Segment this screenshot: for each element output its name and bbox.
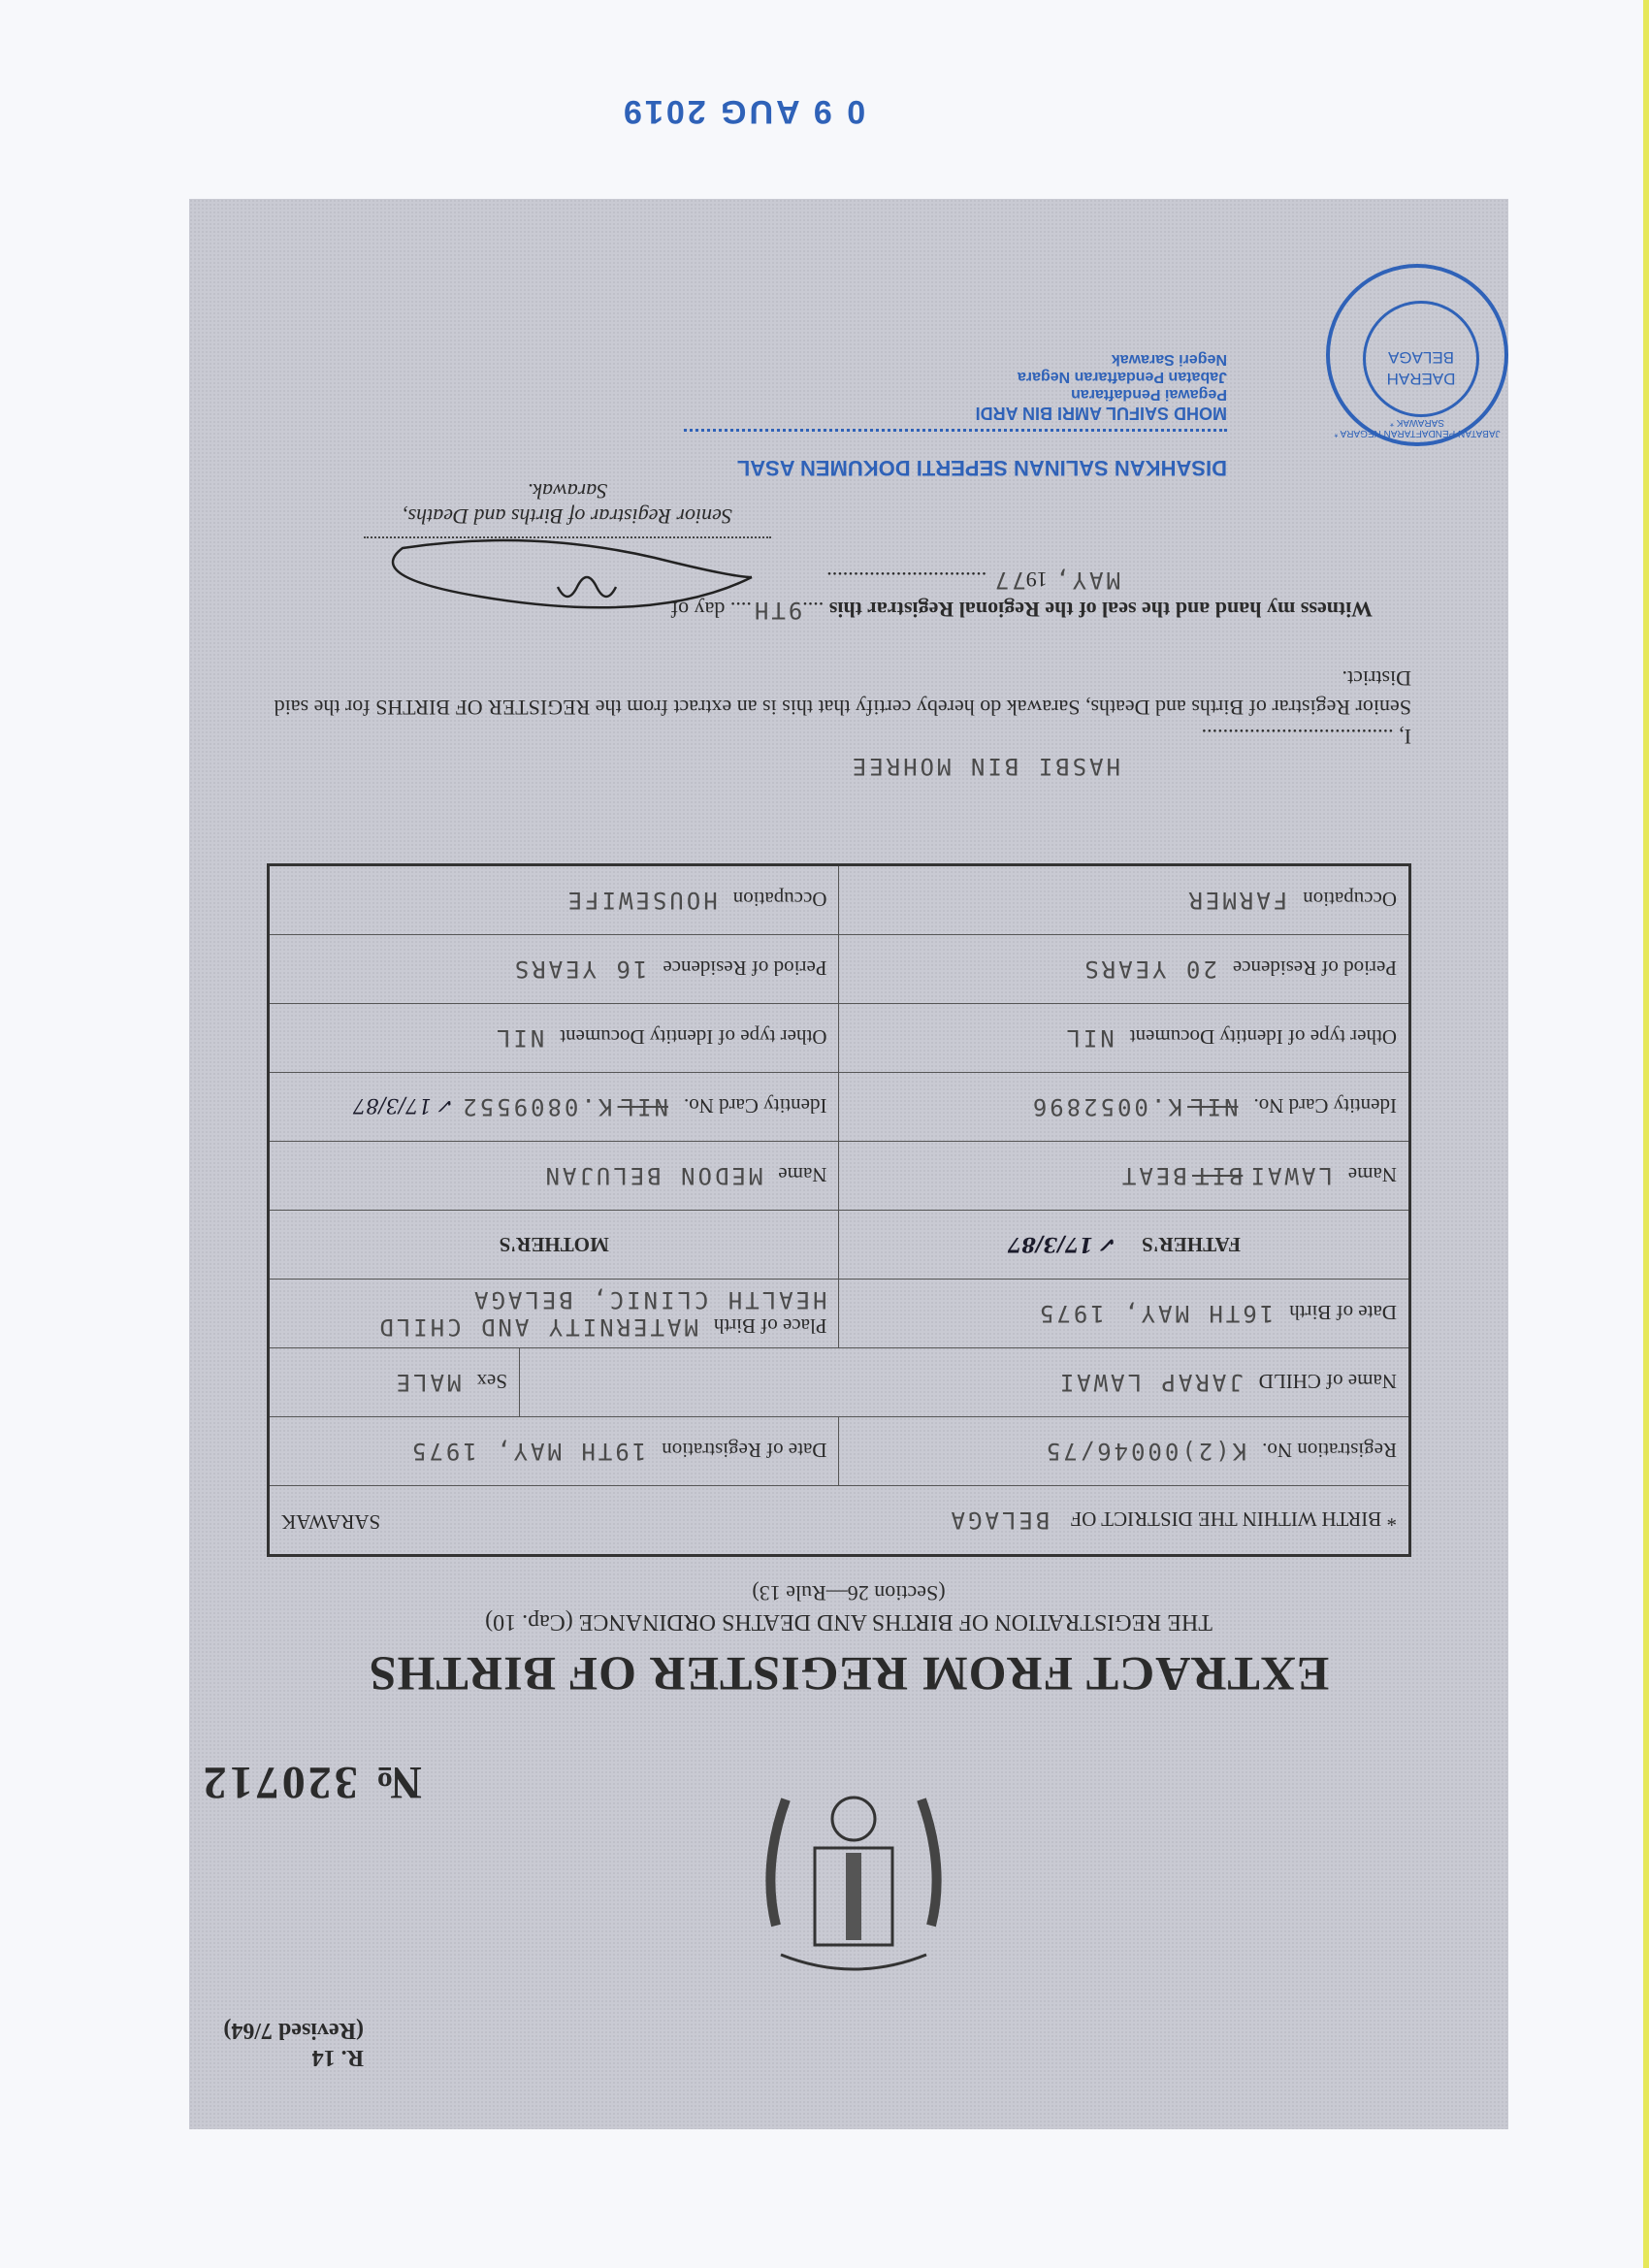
father-ic-struck: NIL — [1187, 1093, 1238, 1120]
scanner-edge — [1643, 0, 1649, 2268]
child-name-label: Name of CHILD — [1259, 1370, 1397, 1393]
father-name-correction: BEAT — [1119, 1162, 1187, 1189]
cert-statement: Senior Registrar of Births and Deaths, S… — [267, 664, 1411, 722]
mother-name-value: MEDON BELUJAN — [543, 1162, 763, 1189]
signature-title-text: Senior Registrar of Births and Deaths, — [364, 503, 771, 529]
mother-occupation-value: HOUSEWIFE — [566, 887, 718, 914]
date-stamp: 0 9 AUG 2019 — [621, 92, 865, 130]
sex-value: MALE — [394, 1369, 462, 1396]
father-name-value: LAWAI — [1248, 1162, 1333, 1189]
father-name-struck: BIT — [1192, 1162, 1243, 1189]
father-occupation-value: FARMER — [1186, 887, 1288, 914]
father-name-label: Name — [1348, 1163, 1397, 1186]
form-reference: R. 14 (Revised 7/64) — [223, 2017, 364, 2071]
signature-title: Senior Registrar of Births and Deaths, S… — [364, 478, 771, 529]
father-occupation-label: Occupation — [1303, 888, 1397, 911]
year-prefix: 19 — [1026, 567, 1048, 592]
father-ic-value: K.0052896 — [1030, 1093, 1182, 1120]
witness-text: Witness my hand and the seal of the Regi… — [829, 598, 1373, 622]
district-value: BELAGA — [949, 1507, 1051, 1534]
parent-other-doc-row: Other type of Identity DocumentNIL Other… — [269, 1004, 1410, 1073]
reg-no-label: Registration No. — [1262, 1439, 1397, 1462]
stamp-department: Jabatan Pendaftaran Negara — [606, 368, 1227, 385]
district-label: * BIRTH WITHIN THE DISTRICT OF — [1071, 1507, 1397, 1531]
birth-details-row: Date of Birth16TH MAY, 1975 Place of Bir… — [269, 1280, 1410, 1348]
serial-value: 320712 — [201, 1757, 358, 1808]
mother-other-doc-label: Other type of Identity Document — [560, 1025, 826, 1049]
document-content-rotated: R. 14 (Revised 7/64) № 320712 EXTRACT FR… — [189, 199, 1508, 2129]
signature-line — [364, 536, 771, 538]
state-suffix: SARAWAK — [281, 1509, 380, 1534]
seal-line2: BELAGA — [1366, 346, 1476, 368]
birth-certificate-page: R. 14 (Revised 7/64) № 320712 EXTRACT FR… — [189, 199, 1508, 2129]
mother-ic-value: K.0809552 — [460, 1093, 612, 1120]
cert-year: 77 — [992, 567, 1026, 594]
ordinance-reference: THE REGISTRATION OF BIRTHS AND DEATHS OR… — [189, 1608, 1508, 1635]
stamp-officer-title: Pegawai Pendaftaran — [606, 385, 1227, 403]
document-title: EXTRACT FROM REGISTER OF BIRTHS — [189, 1646, 1508, 1702]
father-residence-value: 20 YEARS — [1082, 956, 1217, 983]
dob-value: 16TH MAY, 1975 — [1037, 1300, 1274, 1327]
child-name-row: Name of CHILDJARAP LAWAI SexMALE — [269, 1348, 1410, 1417]
signature-place: Sarawak. — [364, 478, 771, 503]
serial-number: № 320712 — [201, 1756, 422, 1809]
parents-header-row: FATHER'S ✓ 17/3/87 MOTHER'S — [269, 1211, 1410, 1280]
mother-header: MOTHER'S — [500, 1234, 609, 1257]
cert-month: MAY, — [1052, 567, 1120, 594]
father-header: FATHER'S — [1142, 1233, 1241, 1256]
parent-residence-row: Period of Residence20 YEARS Period of Re… — [269, 935, 1410, 1004]
father-other-doc-value: NIL — [1063, 1024, 1114, 1052]
number-sign: № — [372, 1757, 422, 1808]
coat-of-arms-icon — [742, 1780, 965, 1984]
mother-other-doc-value: NIL — [494, 1024, 544, 1052]
parent-ic-row: Identity Card No.NIL K.0052896 Identity … — [269, 1073, 1410, 1142]
mother-occupation-label: Occupation — [733, 888, 827, 911]
reg-no-value: K(2)00046/75 — [1044, 1438, 1246, 1465]
form-number: R. 14 — [223, 2044, 364, 2071]
mother-ic-struck: NIL — [618, 1093, 668, 1120]
certified-copy-stamp: DISAHKAN SALINAN SEPERTI DOKUMEN ASAL MO… — [606, 350, 1227, 480]
dob-label: Date of Birth — [1289, 1301, 1397, 1324]
mother-residence-value: 16 YEARS — [512, 956, 648, 983]
mother-residence-label: Period of Residence — [663, 956, 826, 980]
seal-ring-text: JABATAN PENDAFTARAN NEGARA * SARAWAK * — [1330, 417, 1504, 438]
mother-annotation: ✓ 17/3/87 — [353, 1094, 455, 1118]
father-annotation: ✓ 17/3/87 — [1008, 1233, 1117, 1257]
mother-name-label: Name — [778, 1163, 826, 1186]
seal-line1: DAERAH — [1366, 368, 1476, 389]
register-table: * BIRTH WITHIN THE DISTRICT OF BELAGA SA… — [267, 863, 1411, 1557]
father-other-doc-label: Other type of Identity Document — [1130, 1025, 1397, 1049]
round-registration-seal: JABATAN PENDAFTARAN NEGARA * SARAWAK * D… — [1326, 264, 1508, 446]
date-stamp-text: 0 9 AUG 2019 — [621, 93, 865, 130]
pob-label: Place of Birth — [714, 1314, 827, 1338]
mother-ic-label: Identity Card No. — [684, 1094, 827, 1118]
section-reference: (Section 26—Rule 13) — [189, 1580, 1508, 1605]
parent-occupation-row: OccupationFARMER OccupationHOUSEWIFE — [269, 865, 1410, 935]
sex-label: Sex — [476, 1370, 507, 1393]
father-residence-label: Period of Residence — [1233, 956, 1397, 980]
registrar-signature-icon — [344, 529, 771, 635]
registration-row: Registration No.K(2)00046/75 Date of Reg… — [269, 1417, 1410, 1486]
registrar-name: HASBI BIN MOHREE — [850, 753, 1120, 780]
stamp-state: Negeri Sarawak — [606, 350, 1227, 368]
cert-prefix: I, — [1399, 725, 1411, 749]
seal-inner: DAERAH BELAGA — [1363, 301, 1479, 417]
child-name-value: JARAP LAWAI — [1057, 1369, 1244, 1396]
reg-date-label: Date of Registration — [662, 1439, 826, 1462]
form-revision: (Revised 7/64) — [223, 2017, 364, 2044]
stamp-heading: DISAHKAN SALINAN SEPERTI DOKUMEN ASAL — [606, 455, 1227, 480]
father-ic-label: Identity Card No. — [1253, 1094, 1397, 1118]
parent-name-row: NameLAWAI BIT BEAT NameMEDON BELUJAN — [269, 1142, 1410, 1211]
district-row: * BIRTH WITHIN THE DISTRICT OF BELAGA SA… — [269, 1486, 1410, 1556]
stamp-officer-name: MOHD SAIFUL AMRI BIN ARDI — [606, 403, 1227, 423]
reg-date-value: 19TH MAY, 1975 — [409, 1438, 646, 1465]
